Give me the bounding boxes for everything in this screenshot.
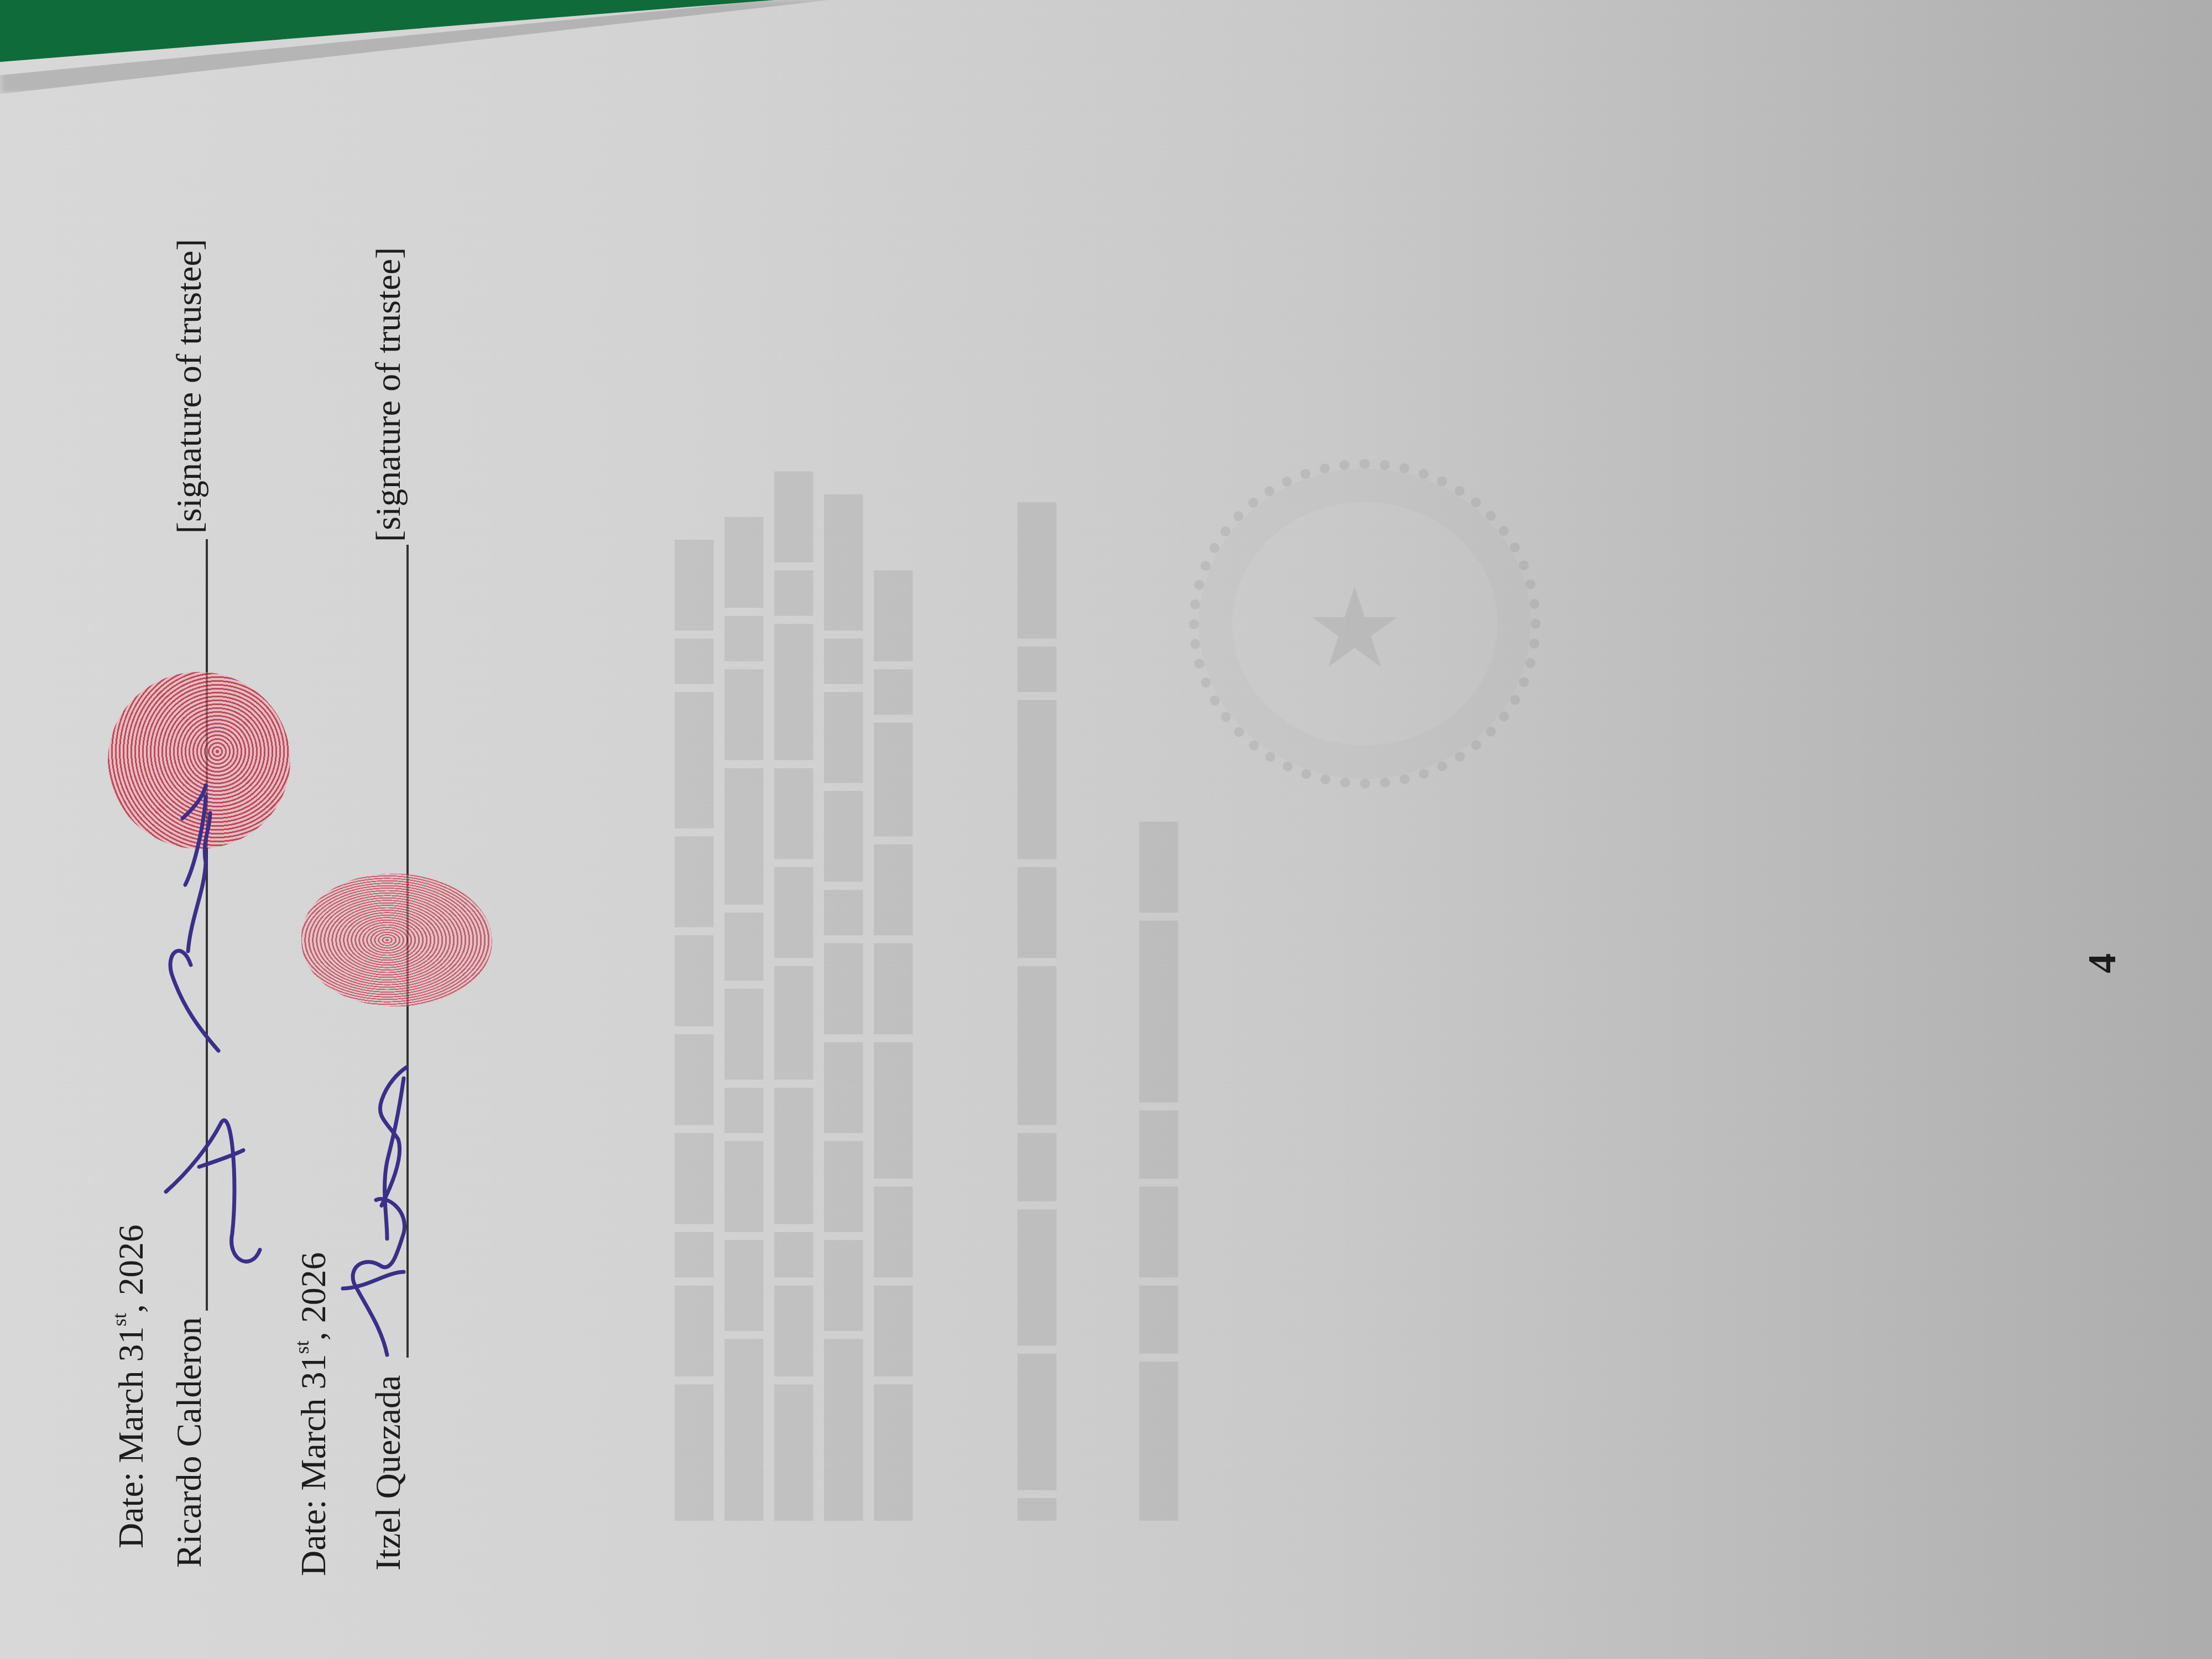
page-number-text: 4 <box>2080 953 2124 973</box>
page-number: 4 <box>2079 953 2125 973</box>
signature-itzel <box>343 1067 406 1355</box>
signature-ricardo <box>166 785 260 1261</box>
handwritten-signatures <box>0 0 2212 1659</box>
